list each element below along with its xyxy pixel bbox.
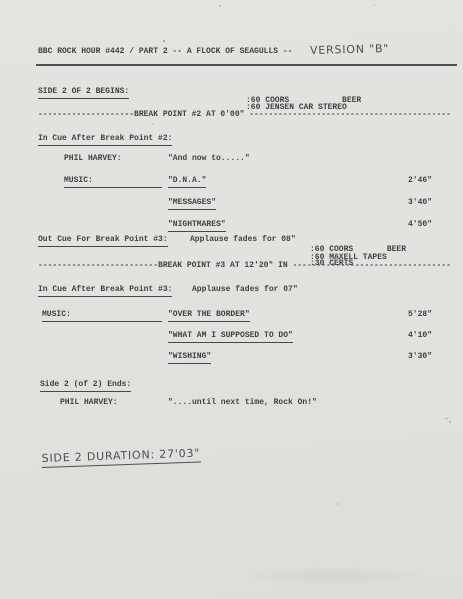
speaker-name: PHIL HARVEY: xyxy=(64,154,122,164)
track-duration: 4'10" xyxy=(408,331,432,341)
track-title: "WISHING" xyxy=(168,352,211,364)
break2-dash-line: --------------------BREAK POINT #2 AT 0'… xyxy=(38,110,451,120)
speaker-name: PHIL HARVEY: xyxy=(60,398,118,408)
scan-speck xyxy=(163,40,165,42)
document-title: BBC ROCK HOUR #442 / PART 2 -- A FLOCK O… xyxy=(38,47,292,57)
header-rule xyxy=(36,64,457,66)
scanned-cue-sheet: BBC ROCK HOUR #442 / PART 2 -- A FLOCK O… xyxy=(0,0,463,599)
track-duration: 5'28" xyxy=(408,310,432,320)
track-duration: 3'30" xyxy=(408,352,432,362)
out-cue-3-label: Out Cue For Break Point #3: xyxy=(38,235,168,247)
track-title: "WHAT AM I SUPPOSED TO DO" xyxy=(168,331,293,343)
side-ends-label: Side 2 (of 2) Ends: xyxy=(40,380,131,392)
music-label-1: MUSIC: xyxy=(64,176,162,188)
speaker-line: "....until next time, Rock On!" xyxy=(168,398,317,408)
scan-speck xyxy=(152,123,154,125)
scan-smudge xyxy=(240,566,430,586)
in-cue-2-label: In Cue After Break Point #2: xyxy=(38,134,172,146)
break3-ad-certs: :30 CERTS xyxy=(310,259,353,269)
scan-speck xyxy=(337,503,339,505)
scan-speck xyxy=(374,4,375,6)
track-duration: 2'46" xyxy=(408,176,432,186)
track-title: "NIGHTMARES" xyxy=(168,220,226,232)
in-cue-3-label: In Cue After Break Point #3: xyxy=(38,285,172,297)
track-title: "D.N.A." xyxy=(168,176,206,188)
track-duration: 4'50" xyxy=(408,220,432,230)
handwritten-version-note: VERSION "B" xyxy=(310,42,390,57)
scan-speck xyxy=(219,5,221,7)
track-title: "OVER THE BORDER" xyxy=(168,310,250,322)
speaker-line: "And now to....." xyxy=(168,154,250,164)
scan-speck xyxy=(449,421,451,423)
side-begins-label: SIDE 2 OF 2 BEGINS: xyxy=(38,87,129,99)
out-cue-3-note: Applause fades for 08" xyxy=(190,235,296,245)
handwritten-duration-note: SIDE 2 DURATION: 27'03" xyxy=(41,446,200,468)
in-cue-3-note: Applause fades for 07" xyxy=(192,285,298,295)
scan-speck xyxy=(445,418,448,419)
break3-dash-line: -------------------------BREAK POINT #3 … xyxy=(38,261,451,271)
track-duration: 3'40" xyxy=(408,198,432,208)
track-title: "MESSAGES" xyxy=(168,198,216,210)
music-label-2: MUSIC: xyxy=(42,310,162,322)
